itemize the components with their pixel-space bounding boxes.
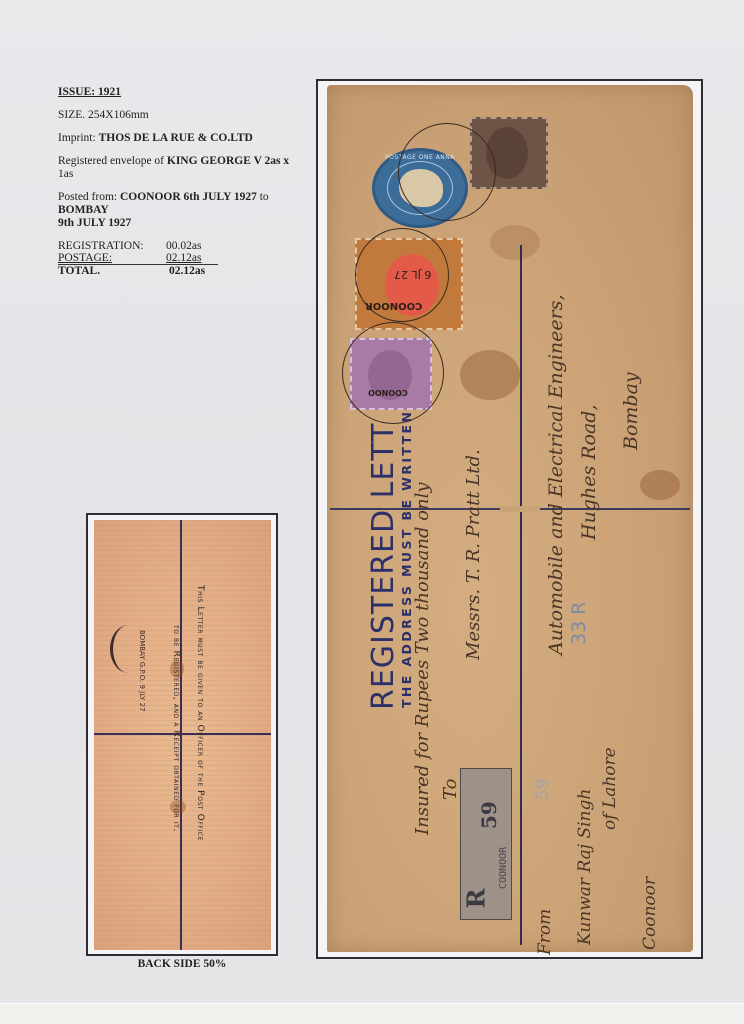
handwritten-addressee: Messrs. T. R. Pratt Ltd.: [463, 449, 484, 660]
pencil-note-2: 59: [533, 778, 553, 800]
back-horizontal-line: [94, 733, 271, 735]
back-side-caption: BACK SIDE 50%: [86, 958, 278, 970]
rate-row-registration: REGISTRATION:00.02as: [58, 240, 318, 252]
imprint-text: Imprint: THOS DE LA RUE & CO.LTD: [58, 132, 318, 145]
postmark-date: 6 JL 27: [394, 268, 431, 281]
size-text: SIZE. 254X106mm: [58, 109, 318, 122]
handwritten-sender-town: Coonoor: [640, 877, 660, 950]
handwritten-address-line-1: Automobile and Electrical Engineers,: [545, 294, 567, 655]
back-postmark-text: BOMBAY G.P.O. 9 JLY 27: [137, 630, 146, 712]
reg-label-place: COONOOR: [498, 847, 509, 889]
rate-row-postage: POSTAGE:02.12as: [58, 252, 318, 264]
back-instruction-line-1: This Letter must be given to an Officer …: [195, 585, 205, 841]
postmark-place-2: COONOO: [368, 388, 408, 397]
envelope-line-gap: [500, 506, 540, 512]
rate-row-total: TOTAL.02.12as: [58, 265, 318, 277]
handwritten-insured: Insured for Rupees Two thousand only: [412, 482, 433, 835]
issue-heading: ISSUE: 1921: [58, 86, 318, 99]
page-bottom-edge: [0, 1003, 744, 1024]
postmark-circle: [398, 123, 496, 221]
registration-label: R 59 COONOOR: [460, 768, 512, 920]
reg-label-letter: R: [461, 889, 490, 909]
handwritten-from: From: [535, 909, 555, 955]
envelope-type-text: Registered envelope of KING GEORGE V 2as…: [58, 155, 318, 181]
back-envelope: [94, 520, 271, 950]
description-block: ISSUE: 1921 SIZE. 254X106mm Imprint: THO…: [58, 86, 318, 277]
stain: [170, 660, 184, 678]
pencil-note: 33 R: [568, 602, 590, 645]
postmark-place: COONOOR: [365, 300, 422, 311]
postmark-circle: [342, 322, 444, 424]
posted-text: Posted from: COONOOR 6th JULY 1927 to BO…: [58, 191, 318, 230]
handwritten-address-line-3: Bombay: [620, 372, 642, 450]
handwritten-to: To: [440, 779, 461, 800]
registered-letter-title: REGISTERED LETT: [366, 423, 401, 710]
reg-label-number: 59: [477, 801, 501, 829]
handwritten-address-line-2: Hughes Road,: [578, 404, 600, 540]
handwritten-sender-origin: of Lahore: [600, 747, 620, 830]
envelope-vertical-line: [520, 245, 522, 945]
stain: [640, 470, 680, 500]
stain: [490, 225, 540, 260]
rates-table: REGISTRATION:00.02as POSTAGE:02.12as TOT…: [58, 240, 318, 277]
handwritten-sender-name: Kunwar Raj Singh: [575, 789, 595, 945]
stain: [170, 800, 186, 814]
stain: [460, 350, 520, 400]
